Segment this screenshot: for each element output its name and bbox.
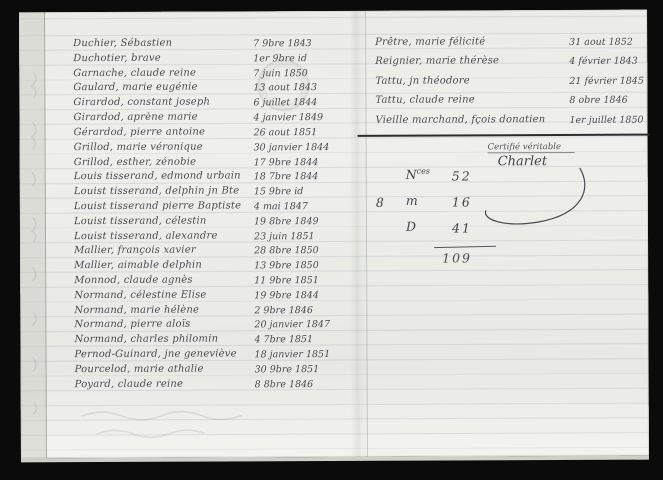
entry-date: 26 aout 1851: [254, 127, 318, 138]
register-entry-row: Grillod, marie véronique30 janvier 1844: [46, 141, 350, 157]
entry-name: Tattu, claude reine: [375, 95, 475, 106]
previous-page-edge: [19, 12, 47, 458]
entry-name: Poyard, claude reine: [75, 378, 184, 389]
tally-block: Nces 52 8 m 16 D 41 109: [376, 166, 506, 245]
entry-name: Louist tisserand, alexandre: [74, 230, 218, 242]
register-entry-row: Reignier, marie thérèse4 février 1843: [357, 55, 647, 76]
tally-value: 41: [452, 220, 472, 235]
scanned-register-page: Duchier, Sébastien7 9bre 1843 Duchotier,…: [0, 0, 663, 480]
entry-date: 15 9bre id: [254, 186, 304, 197]
entry-date: 17 9bre 1844: [254, 157, 319, 168]
entry-date: 4 7bre 1851: [254, 334, 313, 345]
entry-name: Normand, célestine Elise: [74, 289, 206, 301]
tally-label: D: [406, 219, 416, 234]
entry-name: Girardod, aprène marie: [73, 112, 197, 124]
entry-date: 8 obre 1846: [569, 95, 627, 106]
register-entry-row: Mallier, aimable delphin13 9bre 1850: [46, 259, 350, 275]
entry-name: Gérardod, pierre antoine: [74, 126, 206, 138]
entry-name: Normand, pierre aloïs: [74, 319, 190, 331]
entry-name: Monnod, claude agnès: [74, 275, 193, 287]
register-entry-row: Pernod-Guinard, jne geneviève18 janvier …: [47, 348, 351, 364]
entry-name: Mallier, françois xavier: [74, 245, 196, 257]
register-entry-row: Tattu, claude reine8 obre 1846: [357, 94, 647, 115]
entry-name: Louist tisserand pierre Baptiste: [74, 200, 241, 212]
register-entry-row: Louist tisserand, delphin jn Bte15 9bre …: [46, 185, 350, 201]
entry-date: 28 8bre 1850: [254, 245, 319, 256]
register-entry-row: Monnod, claude agnès11 9bre 1851: [46, 274, 350, 290]
register-entry-row: Mallier, françois xavier28 8bre 1850: [46, 244, 350, 260]
entry-date: 19 8bre 1849: [254, 216, 319, 227]
entry-date: 19 9bre 1844: [254, 290, 319, 301]
entry-date: 4 mai 1847: [254, 201, 308, 212]
tally-value: 16: [452, 194, 472, 209]
bleed-through-marks: [77, 403, 337, 444]
entry-name: Girardod, constant joseph: [73, 97, 210, 109]
register-entry-row: Louis tisserand, edmond urbain18 7bre 18…: [46, 170, 350, 186]
entry-date: 1er juillet 1850: [569, 114, 643, 125]
entry-date: 7 9bre 1843: [253, 38, 312, 49]
entry-name: Normand, charles philomin: [74, 334, 218, 346]
entry-date: 4 février 1843: [569, 56, 638, 67]
entry-name: Pernod-Guinard, jne geneviève: [75, 348, 237, 360]
right-page: Prêtre, marie félicité31 aout 1852 Reign…: [357, 10, 649, 457]
tally-sum-line: [434, 246, 496, 248]
entry-date: 31 aout 1852: [569, 37, 633, 48]
entry-date: 23 juin 1851: [254, 231, 315, 242]
entry-name: Duchier, Sébastien: [73, 38, 172, 49]
register-entry-row: Girardod, aprène marie4 janvier 1849: [45, 111, 349, 127]
entry-name: Duchotier, brave: [73, 53, 161, 64]
entry-name: Garnache, claude reine: [73, 67, 196, 79]
entry-date: 8 8bre 1846: [255, 379, 314, 390]
register-entry-row: Garnache, claude reine7 juin 1850: [45, 67, 349, 83]
entry-name: Grillod, esther, zénobie: [74, 156, 197, 168]
entry-date: 18 7bre 1844: [254, 171, 319, 182]
right-entries-list: Prêtre, marie félicité31 aout 1852 Reign…: [357, 36, 647, 134]
register-entry-row: Poyard, claude reine8 8bre 1846: [47, 378, 351, 394]
left-entries-list: Duchier, Sébastien7 9bre 1843 Duchotier,…: [45, 37, 351, 394]
entry-name: Mallier, aimable delphin: [74, 260, 202, 272]
entry-name: Louis tisserand, edmond urbain: [74, 171, 241, 183]
left-page: Duchier, Sébastien7 9bre 1843 Duchotier,…: [45, 11, 351, 458]
entry-date: 11 9bre 1851: [254, 275, 319, 286]
tally-total: 109: [442, 250, 472, 265]
register-entry-row: Prêtre, marie félicité31 aout 1852: [357, 36, 647, 57]
register-entry-row: Normand, célestine Elise19 9bre 1844: [46, 289, 350, 305]
register-entry-row: Grillod, esther, zénobie17 9bre 1844: [46, 155, 350, 171]
bleed-through-marks: [19, 12, 46, 452]
entry-date: 13 9bre 1850: [254, 260, 319, 271]
entry-name: Vieille marchand, fçois donatien: [375, 114, 545, 126]
register-entry-row: Duchotier, brave1er 9bre id: [45, 52, 349, 68]
register-entry-row: Normand, charles philomin4 7bre 1851: [46, 333, 350, 349]
entry-date: 20 janvier 1847: [254, 319, 330, 330]
entry-date: 2 9bre 1846: [254, 305, 313, 316]
register-entry-row: Pourcelod, marie athalie30 9bre 1851: [47, 363, 351, 379]
entry-name: Reignier, marie thérèse: [375, 56, 499, 68]
register-entry-row: Gaulard, marie eugénie13 aout 1843: [45, 81, 349, 97]
register-entry-row: Tattu, jn théodore21 février 1845: [357, 74, 647, 95]
entry-date: 7 juin 1850: [253, 68, 308, 79]
entry-date: 13 aout 1843: [253, 83, 317, 94]
entry-name: Pourcelod, marie athalie: [75, 363, 204, 375]
entry-name: Gaulard, marie eugénie: [73, 82, 197, 94]
entry-name: Prêtre, marie félicité: [375, 36, 485, 47]
paper-sheet: Duchier, Sébastien7 9bre 1843 Duchotier,…: [19, 10, 649, 459]
tally-row: Nces 52: [376, 166, 506, 193]
register-entry-row: Gérardod, pierre antoine26 aout 1851: [46, 126, 350, 142]
register-entry-row: Louist tisserand, alexandre23 juin 1851: [46, 229, 350, 245]
register-entry-row: Louist tisserand pierre Baptiste4 mai 18…: [46, 200, 350, 216]
register-entry-row: Normand, pierre aloïs20 janvier 1847: [46, 318, 350, 334]
section-divider-rule: [358, 134, 650, 137]
entry-name: Tattu, jn théodore: [375, 75, 470, 86]
register-entry-row: Vieille marchand, fçois donatien1er juil…: [357, 113, 647, 134]
tally-value: 52: [452, 168, 472, 183]
entry-date: 6 juillet 1844: [253, 97, 317, 108]
tally-row: D 41: [376, 218, 506, 245]
tally-label: Nces: [406, 167, 430, 182]
tally-row: 8 m 16: [376, 192, 506, 219]
entry-name: Louist tisserand, delphin jn Bte: [74, 186, 240, 198]
register-entry-row: Girardod, constant joseph6 juillet 1844: [45, 96, 349, 112]
entry-date: 21 février 1845: [569, 75, 644, 86]
entry-date: 1er 9bre id: [253, 53, 307, 64]
entry-name: Louist tisserand, célestin: [74, 215, 207, 227]
entry-date: 4 janvier 1849: [253, 112, 323, 123]
entry-date: 18 janvier 1851: [255, 349, 331, 360]
register-entry-row: Louist tisserand, célestin19 8bre 1849: [46, 215, 350, 231]
certification-block: Certifié véritable Charlet: [488, 142, 576, 169]
certification-text: Certifié véritable: [488, 142, 575, 153]
register-entry-row: Duchier, Sébastien7 9bre 1843: [45, 37, 349, 53]
entry-date: 30 9bre 1851: [255, 364, 320, 375]
register-entry-row: Normand, marie hélène2 9bre 1846: [46, 304, 350, 320]
entry-date: 30 janvier 1844: [254, 142, 330, 153]
entry-name: Normand, marie hélène: [74, 304, 199, 316]
entry-name: Grillod, marie véronique: [74, 141, 203, 153]
tally-label: m: [406, 193, 418, 208]
tally-prefix: 8: [376, 195, 384, 210]
